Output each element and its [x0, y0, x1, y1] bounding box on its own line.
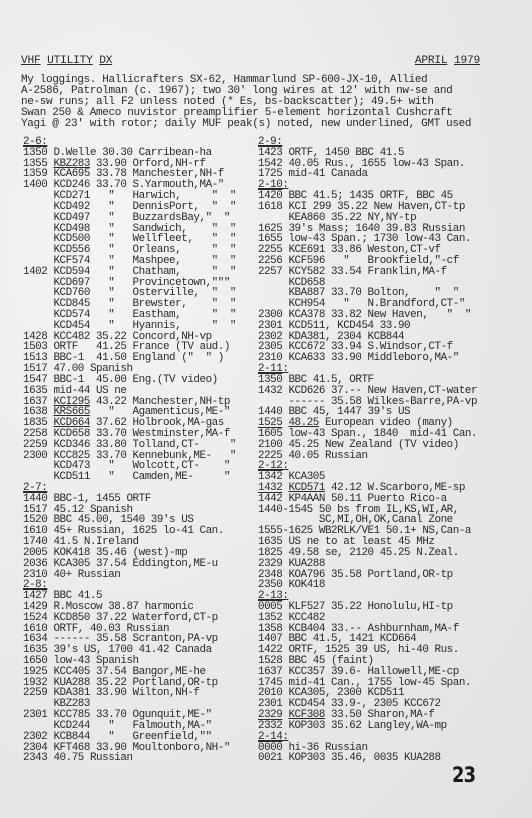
document-page: VHF UTILITY DX APRIL 1979 My loggings. H…: [0, 0, 532, 818]
log-entry: 2310 40+ Russian: [23, 570, 253, 581]
log-time: 2343: [23, 752, 47, 764]
log-column-left: 2-6:1350 D.Welle 30.30 Carribean-ha1355 …: [23, 137, 253, 764]
log-details: KCD511 " Camden,ME- ": [53, 471, 229, 483]
log-details: KOP303 35.62 Langley,WA-mp: [288, 720, 446, 732]
issue-year: 1979: [454, 55, 480, 67]
log-details: 40.75 Russian: [53, 752, 132, 764]
log-details: KCA633 33.90 Middleboro,MA-": [288, 352, 458, 364]
log-time: 0021: [258, 752, 282, 764]
log-entry: KCD511 " Camden,ME- ": [23, 472, 253, 483]
log-details: KOK418: [288, 579, 325, 591]
log-details: KOP303 35.46, 0035 KUA288: [288, 752, 440, 764]
log-entry: 2310 KCA633 33.90 Middleboro,MA-": [258, 353, 528, 364]
log-entry: 2225 40.05 Russian: [258, 451, 528, 462]
issue-date: APRIL 1979: [415, 55, 480, 67]
intro-paragraph: My loggings. Hallicrafters SX-62, Hammar…: [21, 75, 491, 130]
intro-line: Yagi @ 23' with rotor; daily MUF peak(s)…: [21, 119, 491, 130]
title-word: UTILITY: [47, 55, 93, 67]
log-entry: 0021 KOP303 35.46, 0035 KUA288: [258, 753, 528, 764]
log-details: mid-41 Canada: [288, 168, 367, 180]
title-word: DX: [99, 55, 112, 67]
log-entry: 1725 mid-41 Canada: [258, 169, 528, 180]
log-entry: 2350 KOK418: [258, 580, 528, 591]
log-column-right: 2-9:1423 ORTF, 1450 BBC 41.51542 40.05 R…: [258, 137, 528, 764]
log-entry: 2343 40.75 Russian: [23, 753, 253, 764]
log-entry: 2332 KOP303 35.62 Langley,WA-mp: [258, 721, 528, 732]
issue-month: APRIL: [415, 55, 448, 67]
title-word: VHF: [21, 55, 41, 67]
column-title: VHF UTILITY DX: [21, 55, 112, 67]
log-details: 40.05 Russian: [288, 450, 367, 462]
page-header: VHF UTILITY DX APRIL 1979: [21, 55, 480, 67]
log-details: 40+ Russian: [53, 569, 120, 581]
page-number: 23: [452, 763, 475, 787]
